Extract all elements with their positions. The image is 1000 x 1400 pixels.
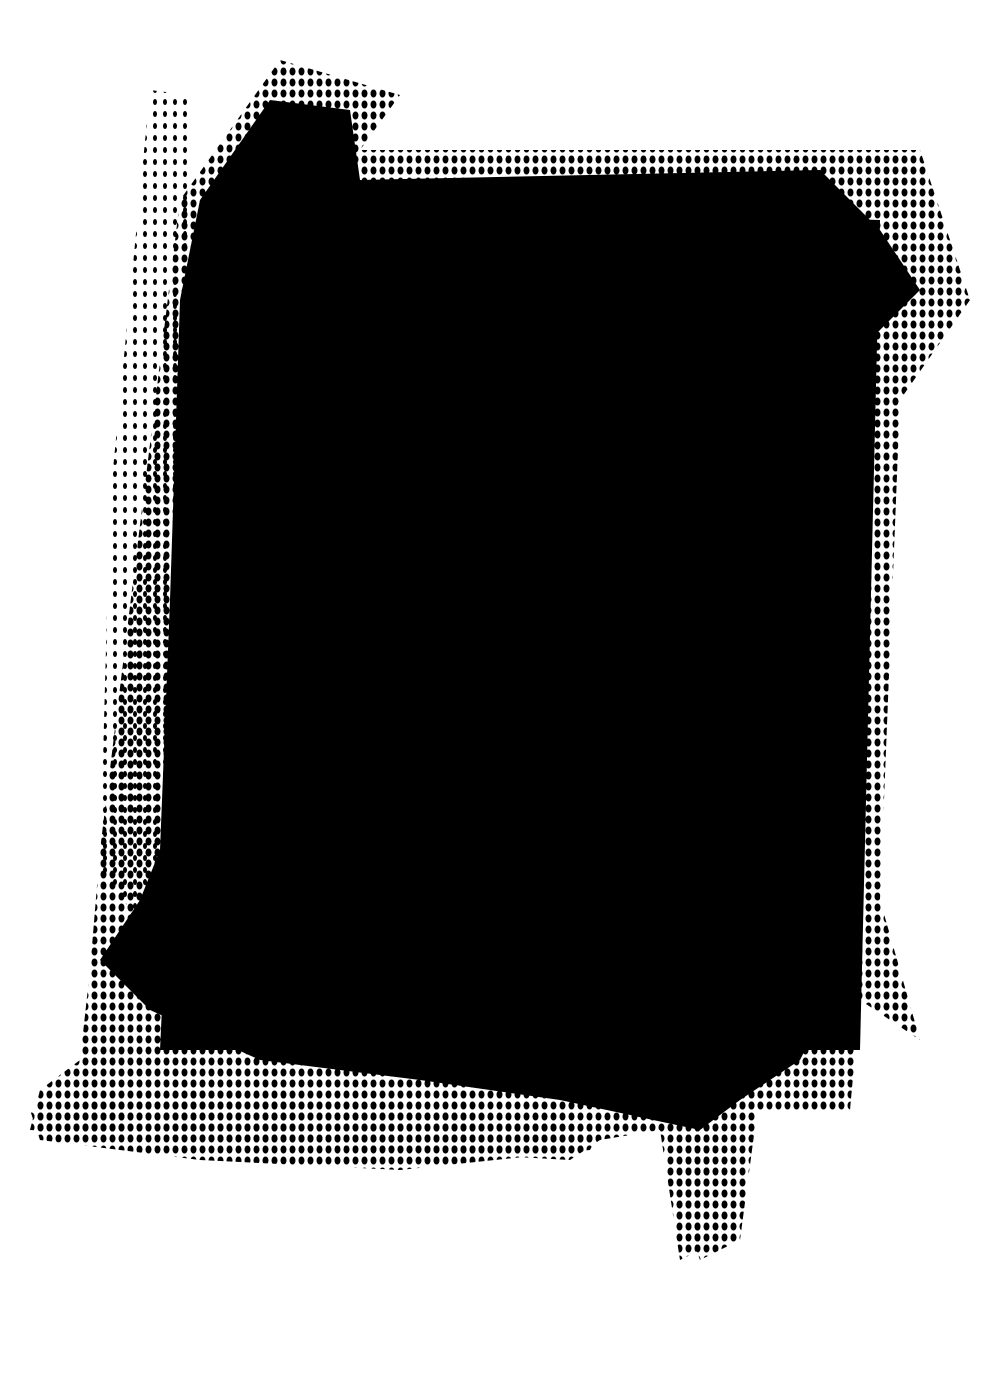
ink-fill xyxy=(160,200,880,1050)
brush-stroke-artwork xyxy=(0,0,1000,1400)
